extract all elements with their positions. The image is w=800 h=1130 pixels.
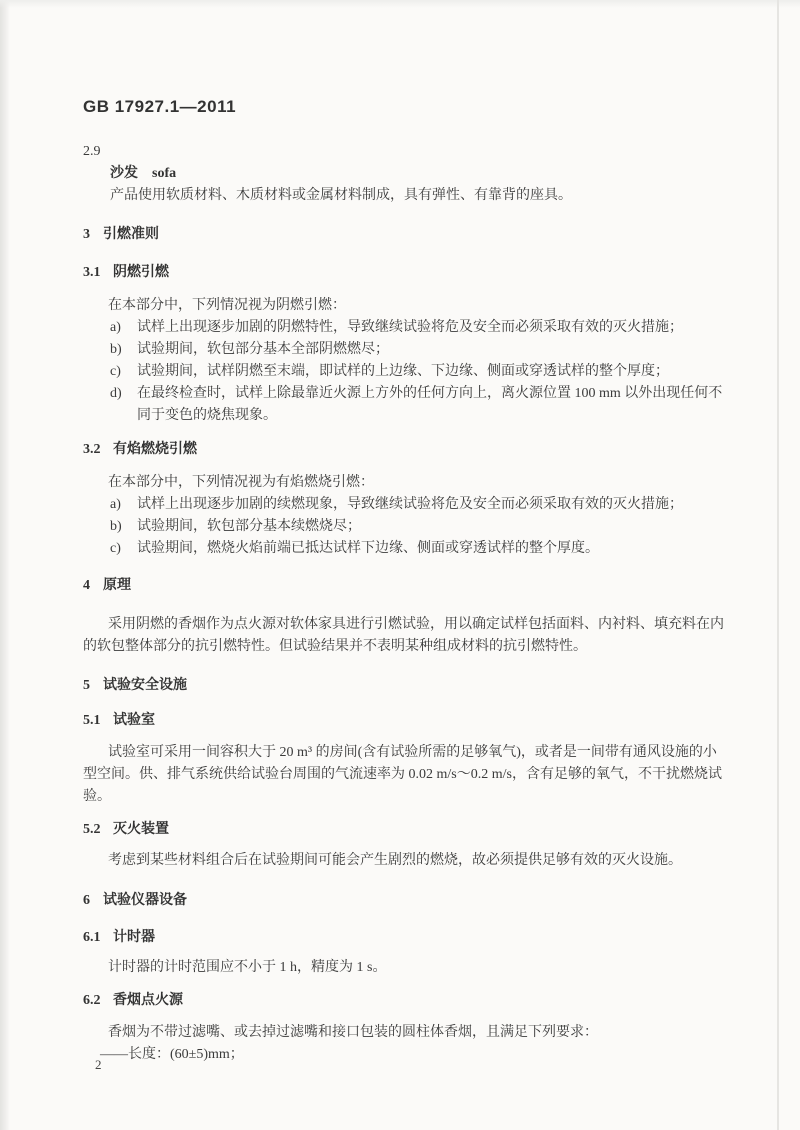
section-3-1-title: 阴燃引燃 xyxy=(113,265,169,280)
section-3-1-intro: 在本部分中，下列情况视为阴燃引燃： xyxy=(83,295,725,317)
list-item: b)试验期间，软包部分基本全部阴燃燃尽； xyxy=(83,339,725,361)
list-item-label: d) xyxy=(110,383,122,405)
section-6-2-title: 香烟点火源 xyxy=(113,993,183,1008)
section-3-2-intro: 在本部分中，下列情况视为有焰燃烧引燃： xyxy=(83,472,725,494)
section-6-2-heading: 6.2香烟点火源 xyxy=(83,990,725,1012)
list-item-label: c) xyxy=(110,538,121,560)
section-3-2-number: 3.2 xyxy=(83,439,113,461)
page-number: 2 xyxy=(95,1057,102,1073)
scan-edge-top xyxy=(0,0,800,8)
section-5-2-heading: 5.2灭火装置 xyxy=(83,819,725,841)
section-3-2-heading: 3.2有焰燃烧引燃 xyxy=(83,439,725,461)
section-3-1-number: 3.1 xyxy=(83,262,113,284)
section-5-2-paragraph: 考虑到某些材料组合后在试验期间可能会产生剧烈的燃烧，故必须提供足够有效的灭火设施… xyxy=(83,850,725,872)
list-item: a)试样上出现逐步加剧的续燃现象，导致继续试验将危及安全而必须采取有效的灭火措施… xyxy=(83,494,725,516)
section-5-1-number: 5.1 xyxy=(83,710,113,732)
page-content: GB 17927.1—2011 2.9 沙发sofa 产品使用软质材料、木质材料… xyxy=(83,96,725,1066)
section-3-2-title: 有焰燃烧引燃 xyxy=(113,442,197,457)
list-item: c)试验期间，试样阴燃至末端，即试样的上边缘、下边缘、侧面或穿透试样的整个厚度； xyxy=(83,361,725,383)
section-5-1-paragraph: 试验室可采用一间容积大于 20 m³ 的房间(含有试验所需的足够氧气)，或者是一… xyxy=(83,742,725,808)
list-item-label: b) xyxy=(110,339,122,361)
section-4-title: 原理 xyxy=(103,578,131,593)
term-definition: 产品使用软质材料、木质材料或金属材料制成，具有弹性、有靠背的座具。 xyxy=(110,185,725,207)
scan-edge-right-line xyxy=(777,0,779,1130)
section-3-heading: 3引燃准则 xyxy=(83,224,725,246)
section-6-2-number: 6.2 xyxy=(83,990,113,1012)
section-5-1-heading: 5.1试验室 xyxy=(83,710,725,732)
section-5-heading: 5试验安全设施 xyxy=(83,675,725,697)
list-item-label: c) xyxy=(110,361,121,383)
section-3-title: 引燃准则 xyxy=(103,227,159,242)
list-item: d)在最终检查时，试样上除最靠近火源上方外的任何方向上，离火源位置 100 mm… xyxy=(83,383,725,427)
section-4-heading: 4原理 xyxy=(83,575,725,597)
section-6-2-paragraph: 香烟为不带过滤嘴、或去掉过滤嘴和接口包装的圆柱体香烟，且满足下列要求： xyxy=(83,1022,725,1044)
scan-edge-left xyxy=(0,0,10,1130)
scanned-document-page: GB 17927.1—2011 2.9 沙发sofa 产品使用软质材料、木质材料… xyxy=(0,0,800,1130)
standard-number-header: GB 17927.1—2011 xyxy=(83,96,725,118)
list-item-text: 试验期间，软包部分基本续燃烧尽； xyxy=(137,519,361,534)
section-6-1-title: 计时器 xyxy=(113,930,155,945)
section-5-number: 5 xyxy=(83,675,103,697)
list-item: b)试验期间，软包部分基本续燃烧尽； xyxy=(83,516,725,538)
section-5-title: 试验安全设施 xyxy=(103,678,187,693)
list-item: a)试样上出现逐步加剧的阴燃特性，导致继续试验将危及安全而必须采取有效的灭火措施… xyxy=(83,317,725,339)
list-item-text: 试验期间，试样阴燃至末端，即试样的上边缘、下边缘、侧面或穿透试样的整个厚度； xyxy=(137,364,669,379)
section-5-2-number: 5.2 xyxy=(83,819,113,841)
list-item-text: 试验期间，燃烧火焰前端已抵达试样下边缘、侧面或穿透试样的整个厚度。 xyxy=(137,541,599,556)
section-4-paragraph: 采用阴燃的香烟作为点火源对软体家具进行引燃试验，用以确定试样包括面料、内衬料、填… xyxy=(83,614,725,658)
clause-2-9-number: 2.9 xyxy=(83,141,725,163)
term-heading: 沙发sofa xyxy=(110,163,725,185)
section-5-1-title: 试验室 xyxy=(113,713,155,728)
list-item-text: 在最终检查时，试样上除最靠近火源上方外的任何方向上，离火源位置 100 mm 以… xyxy=(137,386,722,423)
list-item-text: 试样上出现逐步加剧的续燃现象，导致继续试验将危及安全而必须采取有效的灭火措施； xyxy=(137,497,683,512)
list-item-text: 试样上出现逐步加剧的阴燃特性，导致继续试验将危及安全而必须采取有效的灭火措施； xyxy=(137,320,683,335)
term-chinese: 沙发 xyxy=(110,166,138,181)
section-3-1-heading: 3.1阴燃引燃 xyxy=(83,262,725,284)
list-item: c)试验期间，燃烧火焰前端已抵达试样下边缘、侧面或穿透试样的整个厚度。 xyxy=(83,538,725,560)
requirement-dash-item: ——长度：(60±5)mm； xyxy=(100,1044,725,1066)
section-6-1-number: 6.1 xyxy=(83,927,113,949)
list-item-text: 试验期间，软包部分基本全部阴燃燃尽； xyxy=(137,342,389,357)
section-6-1-heading: 6.1计时器 xyxy=(83,927,725,949)
section-5-2-title: 灭火装置 xyxy=(113,822,169,837)
section-6-1-paragraph: 计时器的计时范围应不小于 1 h，精度为 1 s。 xyxy=(83,957,725,979)
term-english: sofa xyxy=(152,166,176,181)
list-item-label: b) xyxy=(110,516,122,538)
list-item-label: a) xyxy=(110,317,121,339)
section-6-heading: 6试验仪器设备 xyxy=(83,890,725,912)
section-4-number: 4 xyxy=(83,575,103,597)
section-3-number: 3 xyxy=(83,224,103,246)
section-6-number: 6 xyxy=(83,890,103,912)
list-item-label: a) xyxy=(110,494,121,516)
section-6-title: 试验仪器设备 xyxy=(103,893,187,908)
